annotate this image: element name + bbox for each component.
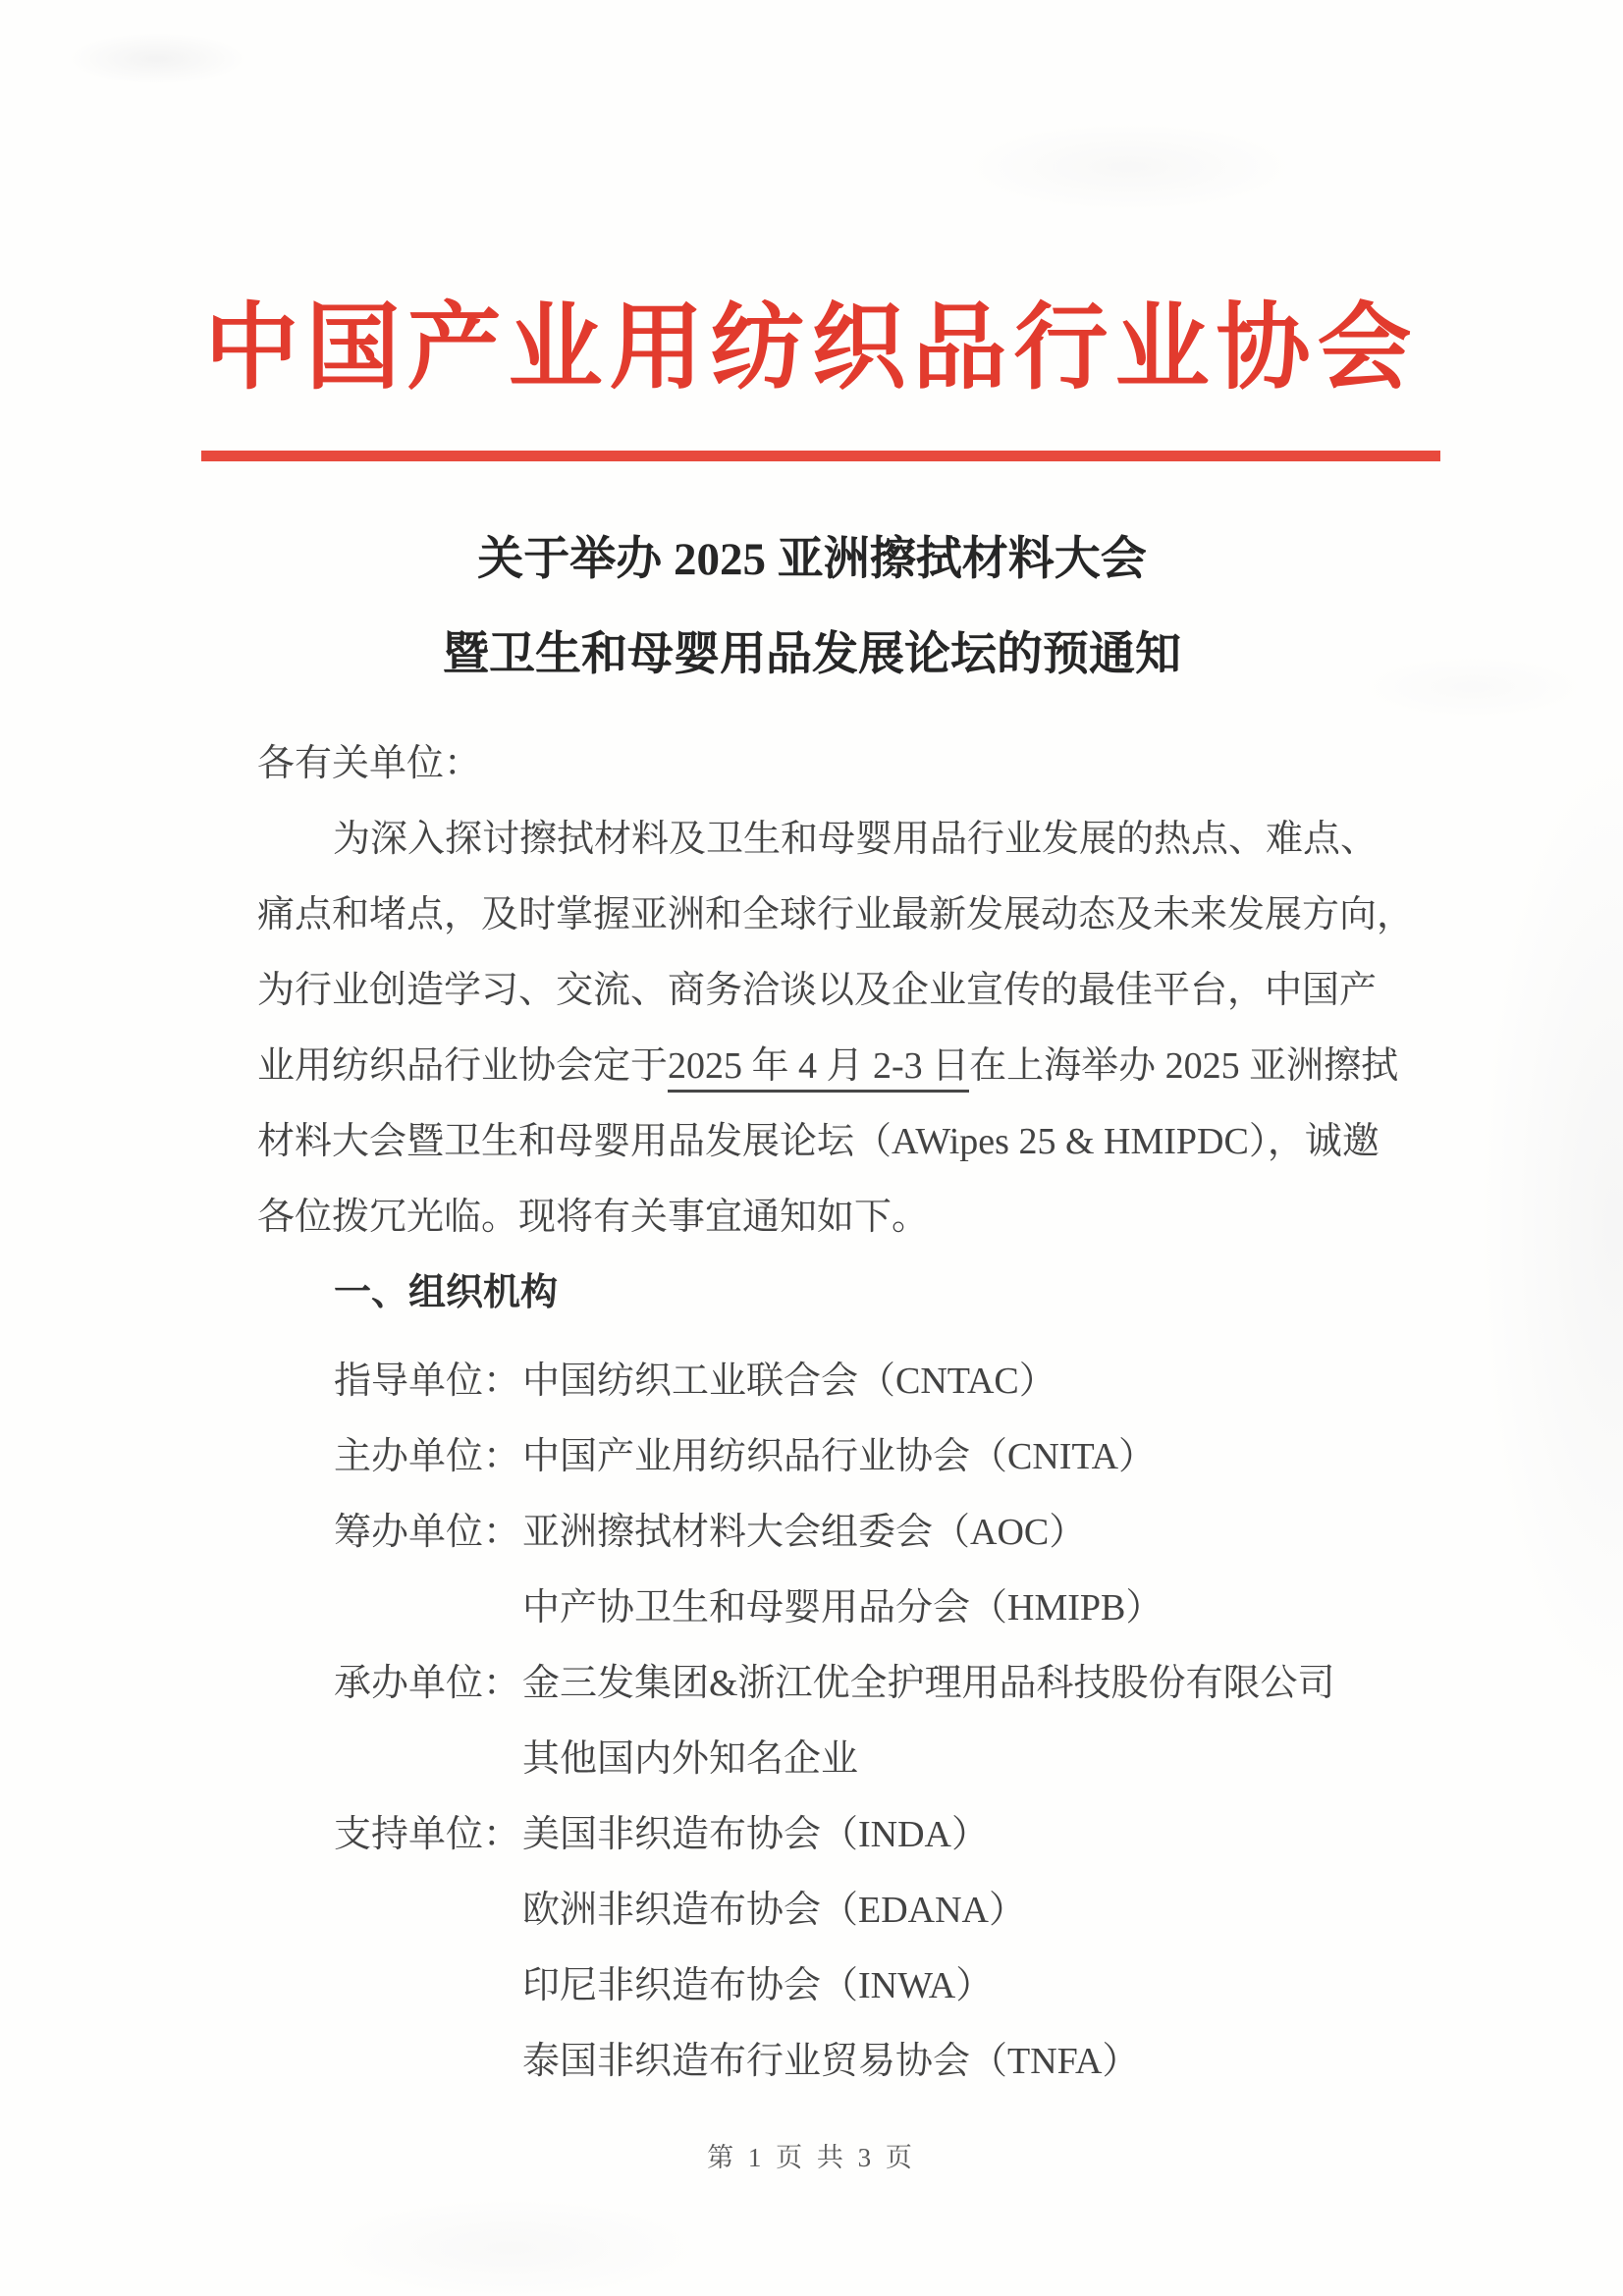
para-line-4-post: 在上海举办 2025 亚洲擦拭: [969, 1045, 1398, 1087]
event-date-underlined: 2025 年 4 月 2-3 日: [668, 1045, 969, 1093]
para-line-4: 业用纺织品行业协会定于2025 年 4 月 2-3 日在上海举办 2025 亚洲…: [257, 1029, 1428, 1104]
document-title-line-1: 关于举办 2025 亚洲擦拭材料大会: [228, 512, 1396, 608]
org-row-host-unit: 主办单位：中国产业用纺织品行业协会（CNITA）: [257, 1419, 1428, 1495]
org-row-content: 美国非织造布协会（INDA）: [522, 1814, 989, 1855]
org-row-label: 主办单位：: [334, 1419, 522, 1495]
org-row-content: 泰国非织造布行业贸易协会（TNFA）: [522, 2041, 1139, 2082]
org-row-organizer-unit: 承办单位：金三发集团&浙江优全护理用品科技股份有限公司: [257, 1646, 1428, 1722]
document-title: 关于举办 2025 亚洲擦拭材料大会 暨卫生和母婴用品发展论坛的预通知: [228, 512, 1396, 703]
org-row-content: 其他国内外知名企业: [522, 1738, 858, 1780]
document-body: 各有关单位： 为深入探讨擦拭材料及卫生和母婴用品行业发展的热点、难点、 痛点和堵…: [257, 726, 1428, 2100]
org-row-supporting-unit-2: 欧洲非织造布协会（EDANA）: [257, 1873, 1428, 1949]
org-row-content: 中国纺织工业联合会（CNTAC）: [522, 1361, 1056, 1402]
document-title-line-2: 暨卫生和母婴用品发展论坛的预通知: [228, 608, 1396, 703]
org-row-preparatory-unit-2: 中产协卫生和母婴用品分会（HMIPB）: [257, 1571, 1428, 1646]
org-row-label: 指导单位：: [334, 1344, 522, 1419]
org-row-content: 欧洲非织造布协会（EDANA）: [522, 1890, 1026, 1931]
para-line-5: 材料大会暨卫生和母婴用品发展论坛（AWipes 25 & HMIPDC），诚邀: [257, 1104, 1428, 1180]
org-row-label: 支持单位：: [334, 1797, 522, 1873]
para-line-2: 痛点和堵点，及时掌握亚洲和全球行业最新发展动态及未来发展方向，: [257, 878, 1428, 953]
org-row-label: 承办单位：: [334, 1646, 522, 1722]
org-row-content: 印尼非织造布协会（INWA）: [522, 1965, 993, 2006]
scanned-notice-page: 中国产业用纺织品行业协会 关于举办 2025 亚洲擦拭材料大会 暨卫生和母婴用品…: [0, 0, 1623, 2296]
para-line-1: 为深入探讨擦拭材料及卫生和母婴用品行业发展的热点、难点、: [257, 802, 1428, 878]
org-row-content: 中国产业用纺织品行业协会（CNITA）: [522, 1436, 1156, 1477]
org-row-content: 中产协卫生和母婴用品分会（HMIPB）: [522, 1587, 1163, 1629]
org-row-supporting-unit-3: 印尼非织造布协会（INWA）: [257, 1949, 1428, 2024]
org-row-content: 亚洲擦拭材料大会组委会（AOC）: [522, 1512, 1086, 1553]
letterhead-org-title: 中国产业用纺织品行业协会: [0, 273, 1623, 407]
org-row-organizer-unit-2: 其他国内外知名企业: [257, 1722, 1428, 1797]
letterhead-rule: [201, 451, 1440, 461]
para-line-4-pre: 业用纺织品行业协会定于: [257, 1045, 668, 1087]
org-row-supporting-unit: 支持单位：美国非织造布协会（INDA）: [257, 1797, 1428, 1873]
org-row-guiding-unit: 指导单位：中国纺织工业联合会（CNTAC）: [257, 1344, 1428, 1419]
org-row-label: 筹办单位：: [334, 1495, 522, 1571]
org-row-preparatory-unit: 筹办单位：亚洲擦拭材料大会组委会（AOC）: [257, 1495, 1428, 1571]
page-number-footer: 第 1 页 共 3 页: [0, 2136, 1623, 2174]
section-1-heading: 一、组织机构: [257, 1255, 1428, 1331]
org-row-content: 金三发集团&浙江优全护理用品科技股份有限公司: [522, 1663, 1335, 1704]
salutation: 各有关单位：: [257, 726, 1428, 802]
para-line-3: 为行业创造学习、交流、商务洽谈以及企业宣传的最佳平台，中国产: [257, 953, 1428, 1029]
org-row-supporting-unit-4: 泰国非织造布行业贸易协会（TNFA）: [257, 2024, 1428, 2100]
para-line-6: 各位拨冗光临。现将有关事宜通知如下。: [257, 1180, 1428, 1255]
